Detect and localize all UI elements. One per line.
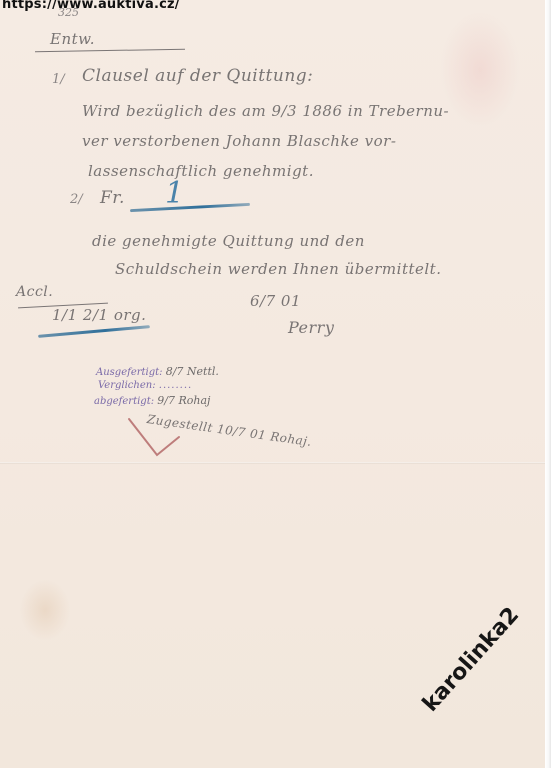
stamp-label: Verglichen: — [98, 380, 156, 391]
red-check-mark-icon — [127, 415, 187, 460]
date: 6/7 01 — [250, 292, 301, 310]
item-1-line-1: Clausel auf der Quittung: — [82, 66, 313, 86]
stamp-value: 9/7 Rohaj — [157, 394, 210, 407]
item-2-number: 2/ — [70, 192, 83, 207]
item-2-label: Fr. — [100, 188, 125, 208]
source-url-watermark: https://www.auktiva.cz/ — [2, 0, 180, 12]
margin-note-label: Accl. — [16, 284, 53, 300]
item-2-line-2: Schuldschein werden Ihnen übermittelt. — [115, 260, 441, 278]
stamp-label: abgefertigt: — [94, 396, 154, 407]
paper-fold — [0, 462, 545, 464]
margin-note-value: 1/1 2/1 org. — [52, 306, 146, 324]
signature: Perry — [288, 318, 334, 337]
item-1-line-3: ver verstorbenen Johann Blaschke vor- — [82, 132, 396, 150]
stamp-row-abgefertigt: abgefertigt: 9/7 Rohaj — [94, 394, 210, 407]
item-1-line-4: lassenschaftlich genehmigt. — [88, 162, 314, 180]
stamp-row-verglichen: Verglichen: ........ — [98, 380, 192, 391]
stamp-value: 8/7 Nettl. — [166, 365, 219, 378]
stamp-row-ausgefertigt: Ausgefertigt: 8/7 Nettl. — [96, 365, 219, 378]
heading: Entw. — [50, 30, 95, 48]
page-mark: 325 — [58, 6, 79, 19]
stamp-label: Ausgefertigt: — [96, 367, 163, 378]
item-1-number: 1/ — [52, 72, 65, 87]
item-1-line-2: Wird bezüglich des am 9/3 1886 in Treber… — [82, 102, 449, 120]
page-edge — [545, 0, 551, 768]
stamp-dots: ........ — [159, 380, 192, 391]
item-2-line-1: die genehmigte Quittung und den — [92, 232, 365, 250]
